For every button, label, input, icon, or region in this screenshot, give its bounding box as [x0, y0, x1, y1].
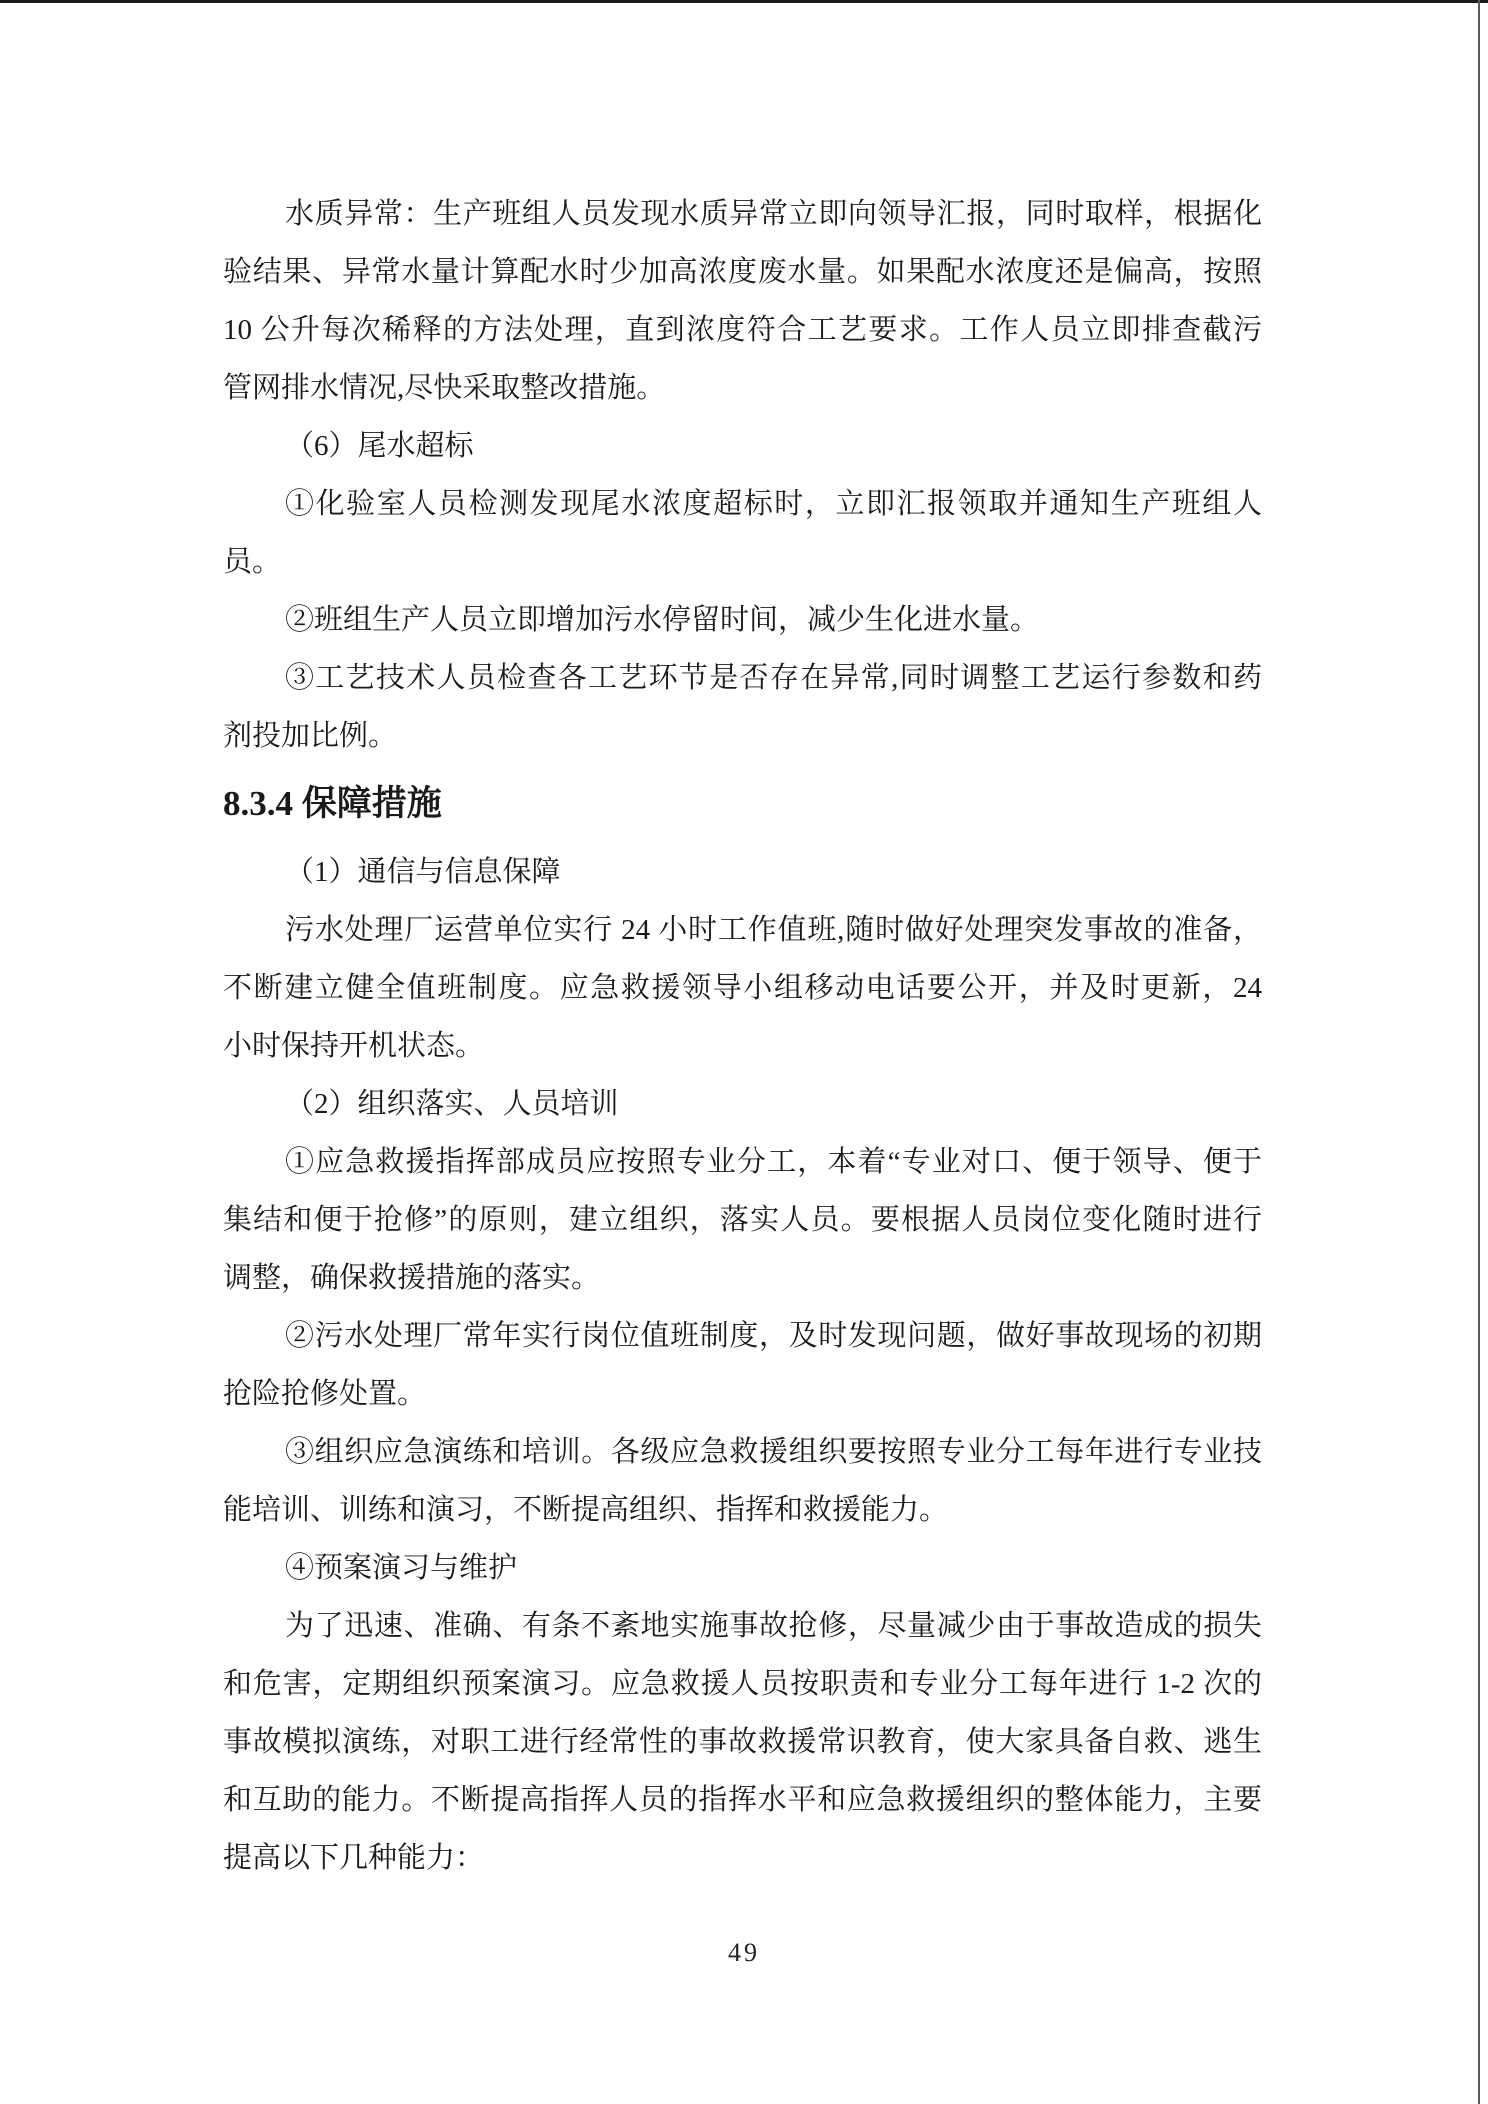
text-line: 验结果、异常水量计算配水时少加高浓度废水量。如果配水浓度还是偏高，按照: [223, 243, 1262, 301]
text-line: 能培训、训练和演习，不断提高组织、指挥和救援能力。: [223, 1481, 1262, 1539]
text-line: 和互助的能力。不断提高指挥人员的指挥水平和应急救援组织的整体能力，主要: [223, 1771, 1262, 1829]
text-line: 调整，确保救援措施的落实。: [223, 1249, 1262, 1307]
text-line: ②污水处理厂常年实行岗位值班制度，及时发现问题，做好事故现场的初期: [223, 1307, 1262, 1365]
text-line: 10 公升每次稀释的方法处理，直到浓度符合工艺要求。工作人员立即排查截污: [223, 301, 1262, 359]
text-line: 为了迅速、准确、有条不紊地实施事故抢修，尽量减少由于事故造成的损失: [223, 1597, 1262, 1655]
text-line: ④预案演习与维护: [223, 1539, 1262, 1597]
text-line: ③组织应急演练和培训。各级应急救援组织要按照专业分工每年进行专业技: [223, 1423, 1262, 1481]
text-line: 提高以下几种能力：: [223, 1829, 1262, 1887]
text-line: ②班组生产人员立即增加污水停留时间，减少生化进水量。: [223, 591, 1262, 649]
document-page: 水质异常：生产班组人员发现水质异常立即向领导汇报，同时取样，根据化验结果、异常水…: [0, 0, 1488, 2104]
text-line: 污水处理厂运营单位实行 24 小时工作值班,随时做好处理突发事故的准备，: [223, 901, 1262, 959]
text-line: 事故模拟演练，对职工进行经常性的事故救援常识教育，使大家具备自救、逃生: [223, 1713, 1262, 1771]
text-line: 员。: [223, 533, 1262, 591]
document-text-block: 水质异常：生产班组人员发现水质异常立即向领导汇报，同时取样，根据化验结果、异常水…: [223, 185, 1262, 1887]
text-line: 剂投加比例。: [223, 707, 1262, 765]
text-line: （1）通信与信息保障: [223, 843, 1262, 901]
page-number: 49: [0, 1924, 1488, 1982]
text-line: 小时保持开机状态。: [223, 1017, 1262, 1075]
text-line: 水质异常：生产班组人员发现水质异常立即向领导汇报，同时取样，根据化: [223, 185, 1262, 243]
text-line: 抢险抢修处置。: [223, 1365, 1262, 1423]
text-line: （6）尾水超标: [223, 417, 1262, 475]
section-heading: 8.3.4 保障措施: [223, 765, 1262, 843]
page-border-top: [0, 0, 1488, 3]
page-border-right: [1478, 0, 1480, 2104]
text-line: ③工艺技术人员检查各工艺环节是否存在异常,同时调整工艺运行参数和药: [223, 649, 1262, 707]
text-line: 和危害，定期组织预案演习。应急救援人员按职责和专业分工每年进行 1-2 次的: [223, 1655, 1262, 1713]
text-line: 集结和便于抢修”的原则，建立组织，落实人员。要根据人员岗位变化随时进行: [223, 1191, 1262, 1249]
text-line: ①应急救援指挥部成员应按照专业分工，本着“专业对口、便于领导、便于: [223, 1133, 1262, 1191]
text-line: （2）组织落实、人员培训: [223, 1075, 1262, 1133]
text-line: 不断建立健全值班制度。应急救援领导小组移动电话要公开，并及时更新，24: [223, 959, 1262, 1017]
text-line: 管网排水情况,尽快采取整改措施。: [223, 359, 1262, 417]
text-line: ①化验室人员检测发现尾水浓度超标时，立即汇报领取并通知生产班组人: [223, 475, 1262, 533]
